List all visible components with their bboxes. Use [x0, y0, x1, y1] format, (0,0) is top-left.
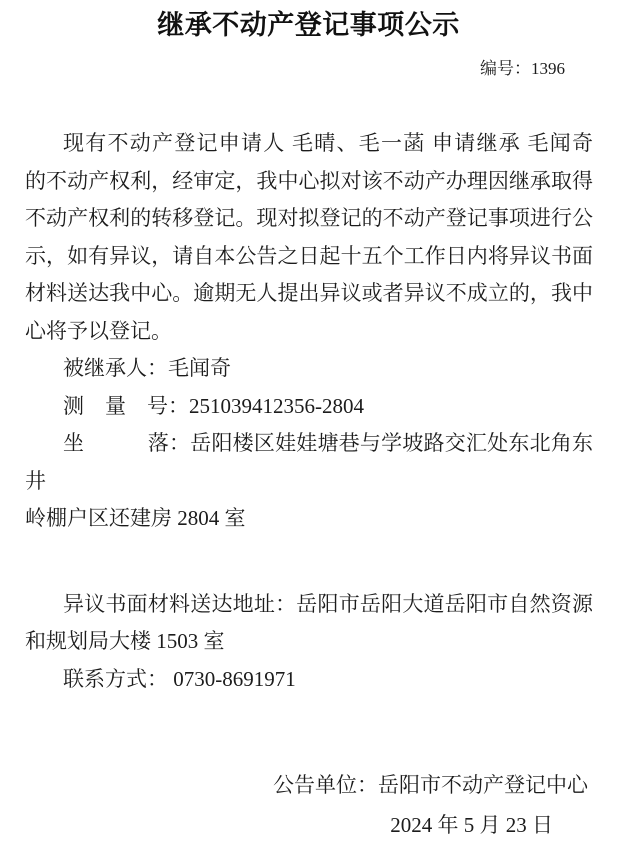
- paragraph-line-3: 不动产权利的转移登记。现对拟登记的不动产登记事项进行公: [25, 200, 593, 238]
- document-title: 继承不动产登记事项公示: [0, 8, 617, 42]
- notice-page: 继承不动产登记事项公示 编号：1396 现有不动产登记申请人 毛晴、毛一菡 申请…: [0, 0, 617, 847]
- contact-field: 联系方式： 0730-8691971: [25, 661, 593, 699]
- objection-address-line-1: 异议书面材料送达地址：岳阳市岳阳大道岳阳市自然资源: [25, 586, 593, 624]
- date-line: 2024 年 5 月 23 日: [0, 805, 617, 845]
- issuer-line: 公告单位：岳阳市不动产登记中心: [0, 765, 617, 805]
- paragraph-line-5: 材料送达我中心。逾期无人提出异议或者异议不成立的，我中: [25, 275, 593, 313]
- decedent-field: 被继承人：毛闻奇: [25, 350, 593, 388]
- document-body: 现有不动产登记申请人 毛晴、毛一菡 申请继承 毛闻奇 的不动产权利，经审定，我中…: [0, 125, 617, 698]
- survey-number-field: 测 量 号：251039412356-2804: [25, 388, 593, 426]
- location-field-line-2: 岭棚户区还建房 2804 室: [25, 500, 593, 538]
- paragraph-line-4: 示，如有异议，请自本公告之日起十五个工作日内将异议书面: [25, 238, 593, 276]
- objection-address-line-2: 和规划局大楼 1503 室: [25, 623, 593, 661]
- paragraph-line-2: 的不动产权利，经审定，我中心拟对该不动产办理因继承取得: [25, 163, 593, 201]
- doc-number: 编号：1396: [0, 58, 617, 80]
- location-field-line-1: 坐 落：岳阳楼区娃娃塘巷与学坡路交汇处东北角东井: [25, 425, 593, 500]
- document-footer: 公告单位：岳阳市不动产登记中心 2024 年 5 月 23 日: [0, 765, 617, 845]
- blank-line: [25, 538, 593, 586]
- paragraph-line-6: 心将予以登记。: [25, 313, 593, 351]
- paragraph-line-1: 现有不动产登记申请人 毛晴、毛一菡 申请继承 毛闻奇: [25, 125, 593, 163]
